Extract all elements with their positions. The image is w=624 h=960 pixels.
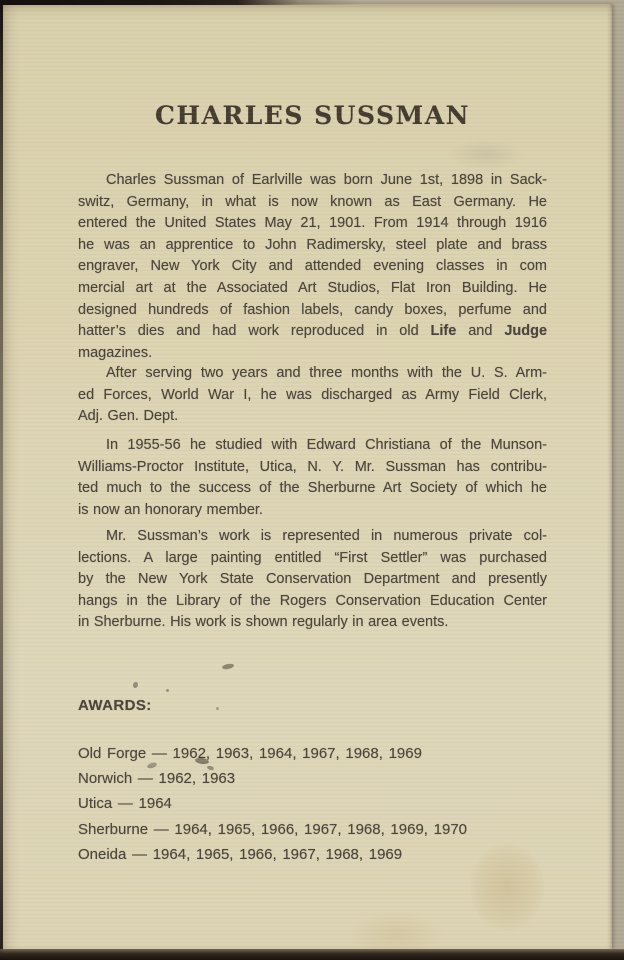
- award-place: Oneida: [78, 846, 126, 863]
- scanned-page: CHARLES SUSSMAN Charles Sussman of Earlv…: [0, 0, 624, 960]
- award-place: Norwich: [78, 770, 132, 787]
- award-years: 1962, 1963, 1964, 1967, 1968, 1969: [173, 745, 422, 762]
- paragraph-line: he was an apprentice to John Radimersky,…: [78, 235, 547, 257]
- paragraph-line: in Sherburne. His work is shown regularl…: [78, 612, 547, 634]
- award-place: Sherburne: [78, 821, 148, 838]
- paragraph-line: ted much to the success of the Sherburne…: [78, 478, 547, 500]
- paragraph: Mr. Sussman’s work is represented in num…: [78, 526, 547, 634]
- award-separator: —: [146, 745, 172, 762]
- award-separator: —: [112, 795, 138, 812]
- paragraph-line: Adj. Gen. Dept.: [78, 406, 547, 428]
- award-years: 1964, 1965, 1966, 1967, 1968, 1969, 1970: [174, 821, 467, 838]
- paragraph: After serving two years and three months…: [78, 363, 547, 428]
- award-separator: —: [148, 821, 174, 838]
- award-years: 1962, 1963: [159, 770, 236, 787]
- page-edge-left: [0, 0, 3, 960]
- award-years: 1964, 1965, 1966, 1967, 1968, 1969: [153, 846, 402, 863]
- award-years: 1964: [139, 795, 172, 812]
- award-entry: Norwich — 1962, 1963: [78, 766, 568, 791]
- award-entry: Utica — 1964: [78, 791, 568, 816]
- award-entry: Sherburne — 1964, 1965, 1966, 1967, 1968…: [78, 817, 568, 842]
- award-place: Old Forge: [78, 745, 146, 762]
- paragraph-line: by the New York State Conservation Depar…: [78, 569, 547, 591]
- paragraph-line: Mr. Sussman’s work is represented in num…: [78, 526, 547, 548]
- paragraph-line: Charles Sussman of Earlville was born Ju…: [78, 170, 547, 192]
- paragraph-line: Williams-Proctor Institute, Utica, N. Y.…: [78, 457, 547, 479]
- awards-heading: AWARDS:: [78, 697, 152, 714]
- award-separator: —: [132, 770, 158, 787]
- page-edge-top: [0, 0, 624, 5]
- award-entry: Oneida — 1964, 1965, 1966, 1967, 1968, 1…: [78, 842, 568, 867]
- page-title: CHARLES SUSSMAN: [78, 101, 547, 131]
- paragraph-line: hatter’s dies and had work reproduced in…: [78, 321, 547, 343]
- paragraph-line: ed Forces, World War I, he was discharge…: [78, 385, 547, 407]
- paragraph-line: magazines.: [78, 343, 547, 365]
- award-place: Utica: [78, 795, 112, 812]
- paragraph: In 1955-56 he studied with Edward Christ…: [78, 435, 547, 521]
- award-separator: —: [126, 846, 152, 863]
- page-edge-bottom: [0, 949, 624, 960]
- paragraph-line: entered the United States May 21, 1901. …: [78, 213, 547, 235]
- paragraph-line: engraver, New York City and attended eve…: [78, 256, 547, 278]
- paragraph-line: mercial art at the Associated Art Studio…: [78, 278, 547, 300]
- award-entry: Old Forge — 1962, 1963, 1964, 1967, 1968…: [78, 741, 568, 766]
- paragraph-line: lections. A large painting entitled “Fir…: [78, 548, 547, 570]
- paragraph-line: In 1955-56 he studied with Edward Christ…: [78, 435, 547, 457]
- paragraph-line: designed hundreds of fashion labels, can…: [78, 300, 547, 322]
- paragraph: Charles Sussman of Earlville was born Ju…: [78, 170, 547, 364]
- awards-list: Old Forge — 1962, 1963, 1964, 1967, 1968…: [78, 741, 568, 867]
- paragraph-line: switz, Germany, in what is now known as …: [78, 192, 547, 214]
- paragraph-line: is now an honorary member.: [78, 500, 547, 522]
- paragraph-line: hangs in the Library of the Rogers Conse…: [78, 591, 547, 613]
- paragraph-line: After serving two years and three months…: [78, 363, 547, 385]
